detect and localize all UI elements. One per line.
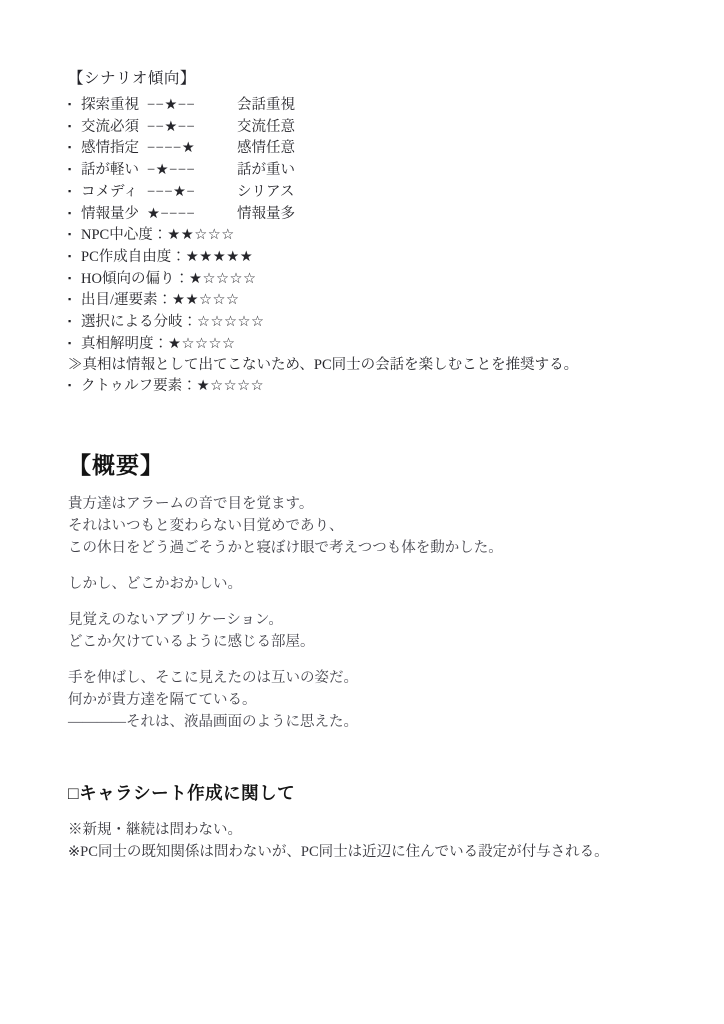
document-page: 【シナリオ傾向】 ▪ 探索重視 −−★−− 会話重視 ▪ 交流必須 −−★−− … bbox=[0, 0, 724, 1024]
rating-stars: ★★☆☆☆ bbox=[167, 227, 235, 243]
rating-text: 選択による分岐：☆☆☆☆☆ bbox=[81, 312, 265, 333]
rating-separator: ： bbox=[171, 249, 186, 265]
scale-right-label: 交流任意 bbox=[237, 117, 295, 138]
bullet-square-icon: ▪ bbox=[68, 224, 81, 245]
overview-paragraph: 手を伸ばし、そこに見えたのは互いの姿だ。 何かが貴方達を隔てている。 ————そ… bbox=[68, 667, 668, 733]
scale-row: ▪ 話が軽い −★−−− 話が重い bbox=[68, 160, 668, 182]
rating-row: ▪ PC作成自由度：★★★★★ bbox=[68, 247, 668, 269]
scale-right-label: 会話重視 bbox=[237, 95, 295, 116]
rating-separator: ： bbox=[154, 336, 169, 352]
scenario-tendency-heading: 【シナリオ傾向】 bbox=[68, 66, 668, 88]
rating-stars: ★☆☆☆☆ bbox=[168, 336, 236, 352]
rating-stars: ★☆☆☆☆ bbox=[197, 378, 265, 394]
scale-left-label: 感情指定 bbox=[81, 138, 147, 159]
scale-row: ▪ 交流必須 −−★−− 交流任意 bbox=[68, 117, 668, 139]
scale-left-label: コメディ bbox=[81, 182, 147, 203]
rating-row: ▪ 出目/運要素：★★☆☆☆ bbox=[68, 290, 668, 312]
rating-separator: ： bbox=[174, 271, 189, 287]
bullet-square-icon: ▪ bbox=[68, 137, 81, 158]
scale-right-label: 情報量多 bbox=[237, 204, 295, 225]
bullet-square-icon: ▪ bbox=[68, 181, 81, 202]
scale-right-label: 感情任意 bbox=[237, 138, 295, 159]
bullet-square-icon: ▪ bbox=[68, 311, 81, 332]
scale-track: −★−−− bbox=[147, 160, 226, 181]
rating-row: ▪ NPC中心度：★★☆☆☆ bbox=[68, 225, 668, 247]
scale-left-label: 交流必須 bbox=[81, 117, 147, 138]
scale-left-label: 話が軽い bbox=[81, 160, 147, 181]
scale-row: ▪ 情報量少 ★−−−− 情報量多 bbox=[68, 204, 668, 226]
scale-row: ▪ コメディ −−−★− シリアス bbox=[68, 182, 668, 204]
rating-row: ▪ HO傾向の偏り：★☆☆☆☆ bbox=[68, 269, 668, 291]
scale-track: −−−−★ bbox=[147, 138, 226, 159]
rating-label: HO傾向の偏り bbox=[81, 271, 174, 287]
scale-track: −−−★− bbox=[147, 182, 226, 203]
rating-label: 出目/運要素 bbox=[81, 292, 158, 308]
charsheet-notes: ※新規・継続は問わない。※PC同士の既知関係は問わないが、PC同士は近辺に住んで… bbox=[68, 819, 668, 864]
rating-row-cthulhu: ▪ クトゥルフ要素：★☆☆☆☆ bbox=[68, 376, 668, 398]
rating-row: ▪ 真相解明度：★☆☆☆☆ bbox=[68, 334, 668, 356]
scale-track: ★−−−− bbox=[147, 204, 226, 225]
rating-text: クトゥルフ要素：★☆☆☆☆ bbox=[81, 376, 264, 397]
rating-separator: ： bbox=[183, 314, 198, 330]
bullet-square-icon: ▪ bbox=[68, 268, 81, 289]
scale-track: −−★−− bbox=[147, 95, 226, 116]
rating-text: NPC中心度：★★☆☆☆ bbox=[81, 225, 235, 246]
scale-right-label: 話が重い bbox=[237, 160, 295, 181]
overview-paragraphs: 貴方達はアラームの音で目を覚ます。 それはいつもと変わらない目覚めであり、 この… bbox=[68, 493, 668, 733]
overview-paragraph: しかし、どこかおかしい。 bbox=[68, 573, 668, 595]
rating-text: 出目/運要素：★★☆☆☆ bbox=[81, 290, 240, 311]
overview-paragraph: 見覚えのないアプリケーション。 どこか欠けているように感じる部屋。 bbox=[68, 609, 668, 653]
charsheet-section: □キャラシート作成に関して ※新規・継続は問わない。※PC同士の既知関係は問わな… bbox=[68, 780, 668, 864]
rating-label: NPC中心度 bbox=[81, 227, 153, 243]
charsheet-note: ※PC同士の既知関係は問わないが、PC同士は近辺に住んでいる設定が付与される。 bbox=[68, 841, 668, 864]
scenario-tendency-section: 【シナリオ傾向】 ▪ 探索重視 −−★−− 会話重視 ▪ 交流必須 −−★−− … bbox=[68, 66, 668, 398]
scale-left-label: 情報量少 bbox=[81, 204, 147, 225]
rating-label: 真相解明度 bbox=[81, 336, 154, 352]
charsheet-heading: □キャラシート作成に関して bbox=[68, 780, 668, 805]
bullet-square-icon: ▪ bbox=[68, 159, 81, 180]
overview-heading: 【概要】 bbox=[68, 447, 668, 480]
rating-stars: ★★★★★ bbox=[186, 249, 254, 265]
scale-track: −−★−− bbox=[147, 117, 226, 138]
bullet-square-icon: ▪ bbox=[68, 375, 81, 396]
rating-label: PC作成自由度 bbox=[81, 249, 171, 265]
truth-note: ≫真相は情報として出てこないため、PC同士の会話を楽しむことを推奨する。 bbox=[68, 355, 668, 376]
rating-separator: ： bbox=[182, 378, 197, 394]
overview-section: 【概要】 貴方達はアラームの音で目を覚ます。 それはいつもと変わらない目覚めであ… bbox=[68, 447, 668, 733]
bullet-square-icon: ▪ bbox=[68, 116, 81, 137]
rating-stars: ☆☆☆☆☆ bbox=[197, 314, 265, 330]
rating-label: 選択による分岐 bbox=[81, 314, 183, 330]
overview-paragraph: 貴方達はアラームの音で目を覚ます。 それはいつもと変わらない目覚めであり、 この… bbox=[68, 493, 668, 559]
scenario-scale-list: ▪ 探索重視 −−★−− 会話重視 ▪ 交流必須 −−★−− 交流任意 ▪ 感情… bbox=[68, 95, 668, 225]
bullet-square-icon: ▪ bbox=[68, 246, 81, 267]
rating-separator: ： bbox=[153, 227, 168, 243]
rating-text: PC作成自由度：★★★★★ bbox=[81, 247, 253, 268]
scale-row: ▪ 探索重視 −−★−− 会話重視 bbox=[68, 95, 668, 117]
scale-row: ▪ 感情指定 −−−−★ 感情任意 bbox=[68, 138, 668, 160]
charsheet-note: ※新規・継続は問わない。 bbox=[68, 819, 668, 842]
rating-row: ▪ 選択による分岐：☆☆☆☆☆ bbox=[68, 312, 668, 334]
bullet-square-icon: ▪ bbox=[68, 203, 81, 224]
bullet-square-icon: ▪ bbox=[68, 333, 81, 354]
rating-stars: ★☆☆☆☆ bbox=[189, 271, 257, 287]
rating-separator: ： bbox=[158, 292, 173, 308]
rating-label: クトゥルフ要素 bbox=[81, 378, 182, 394]
bullet-square-icon: ▪ bbox=[68, 94, 81, 115]
rating-text: 真相解明度：★☆☆☆☆ bbox=[81, 334, 236, 355]
bullet-square-icon: ▪ bbox=[68, 289, 81, 310]
rating-text: HO傾向の偏り：★☆☆☆☆ bbox=[81, 269, 256, 290]
scale-left-label: 探索重視 bbox=[81, 95, 147, 116]
scenario-rating-list: ▪ NPC中心度：★★☆☆☆ ▪ PC作成自由度：★★★★★ ▪ HO傾向の偏り… bbox=[68, 225, 668, 355]
rating-stars: ★★☆☆☆ bbox=[172, 292, 240, 308]
scale-right-label: シリアス bbox=[237, 182, 294, 203]
